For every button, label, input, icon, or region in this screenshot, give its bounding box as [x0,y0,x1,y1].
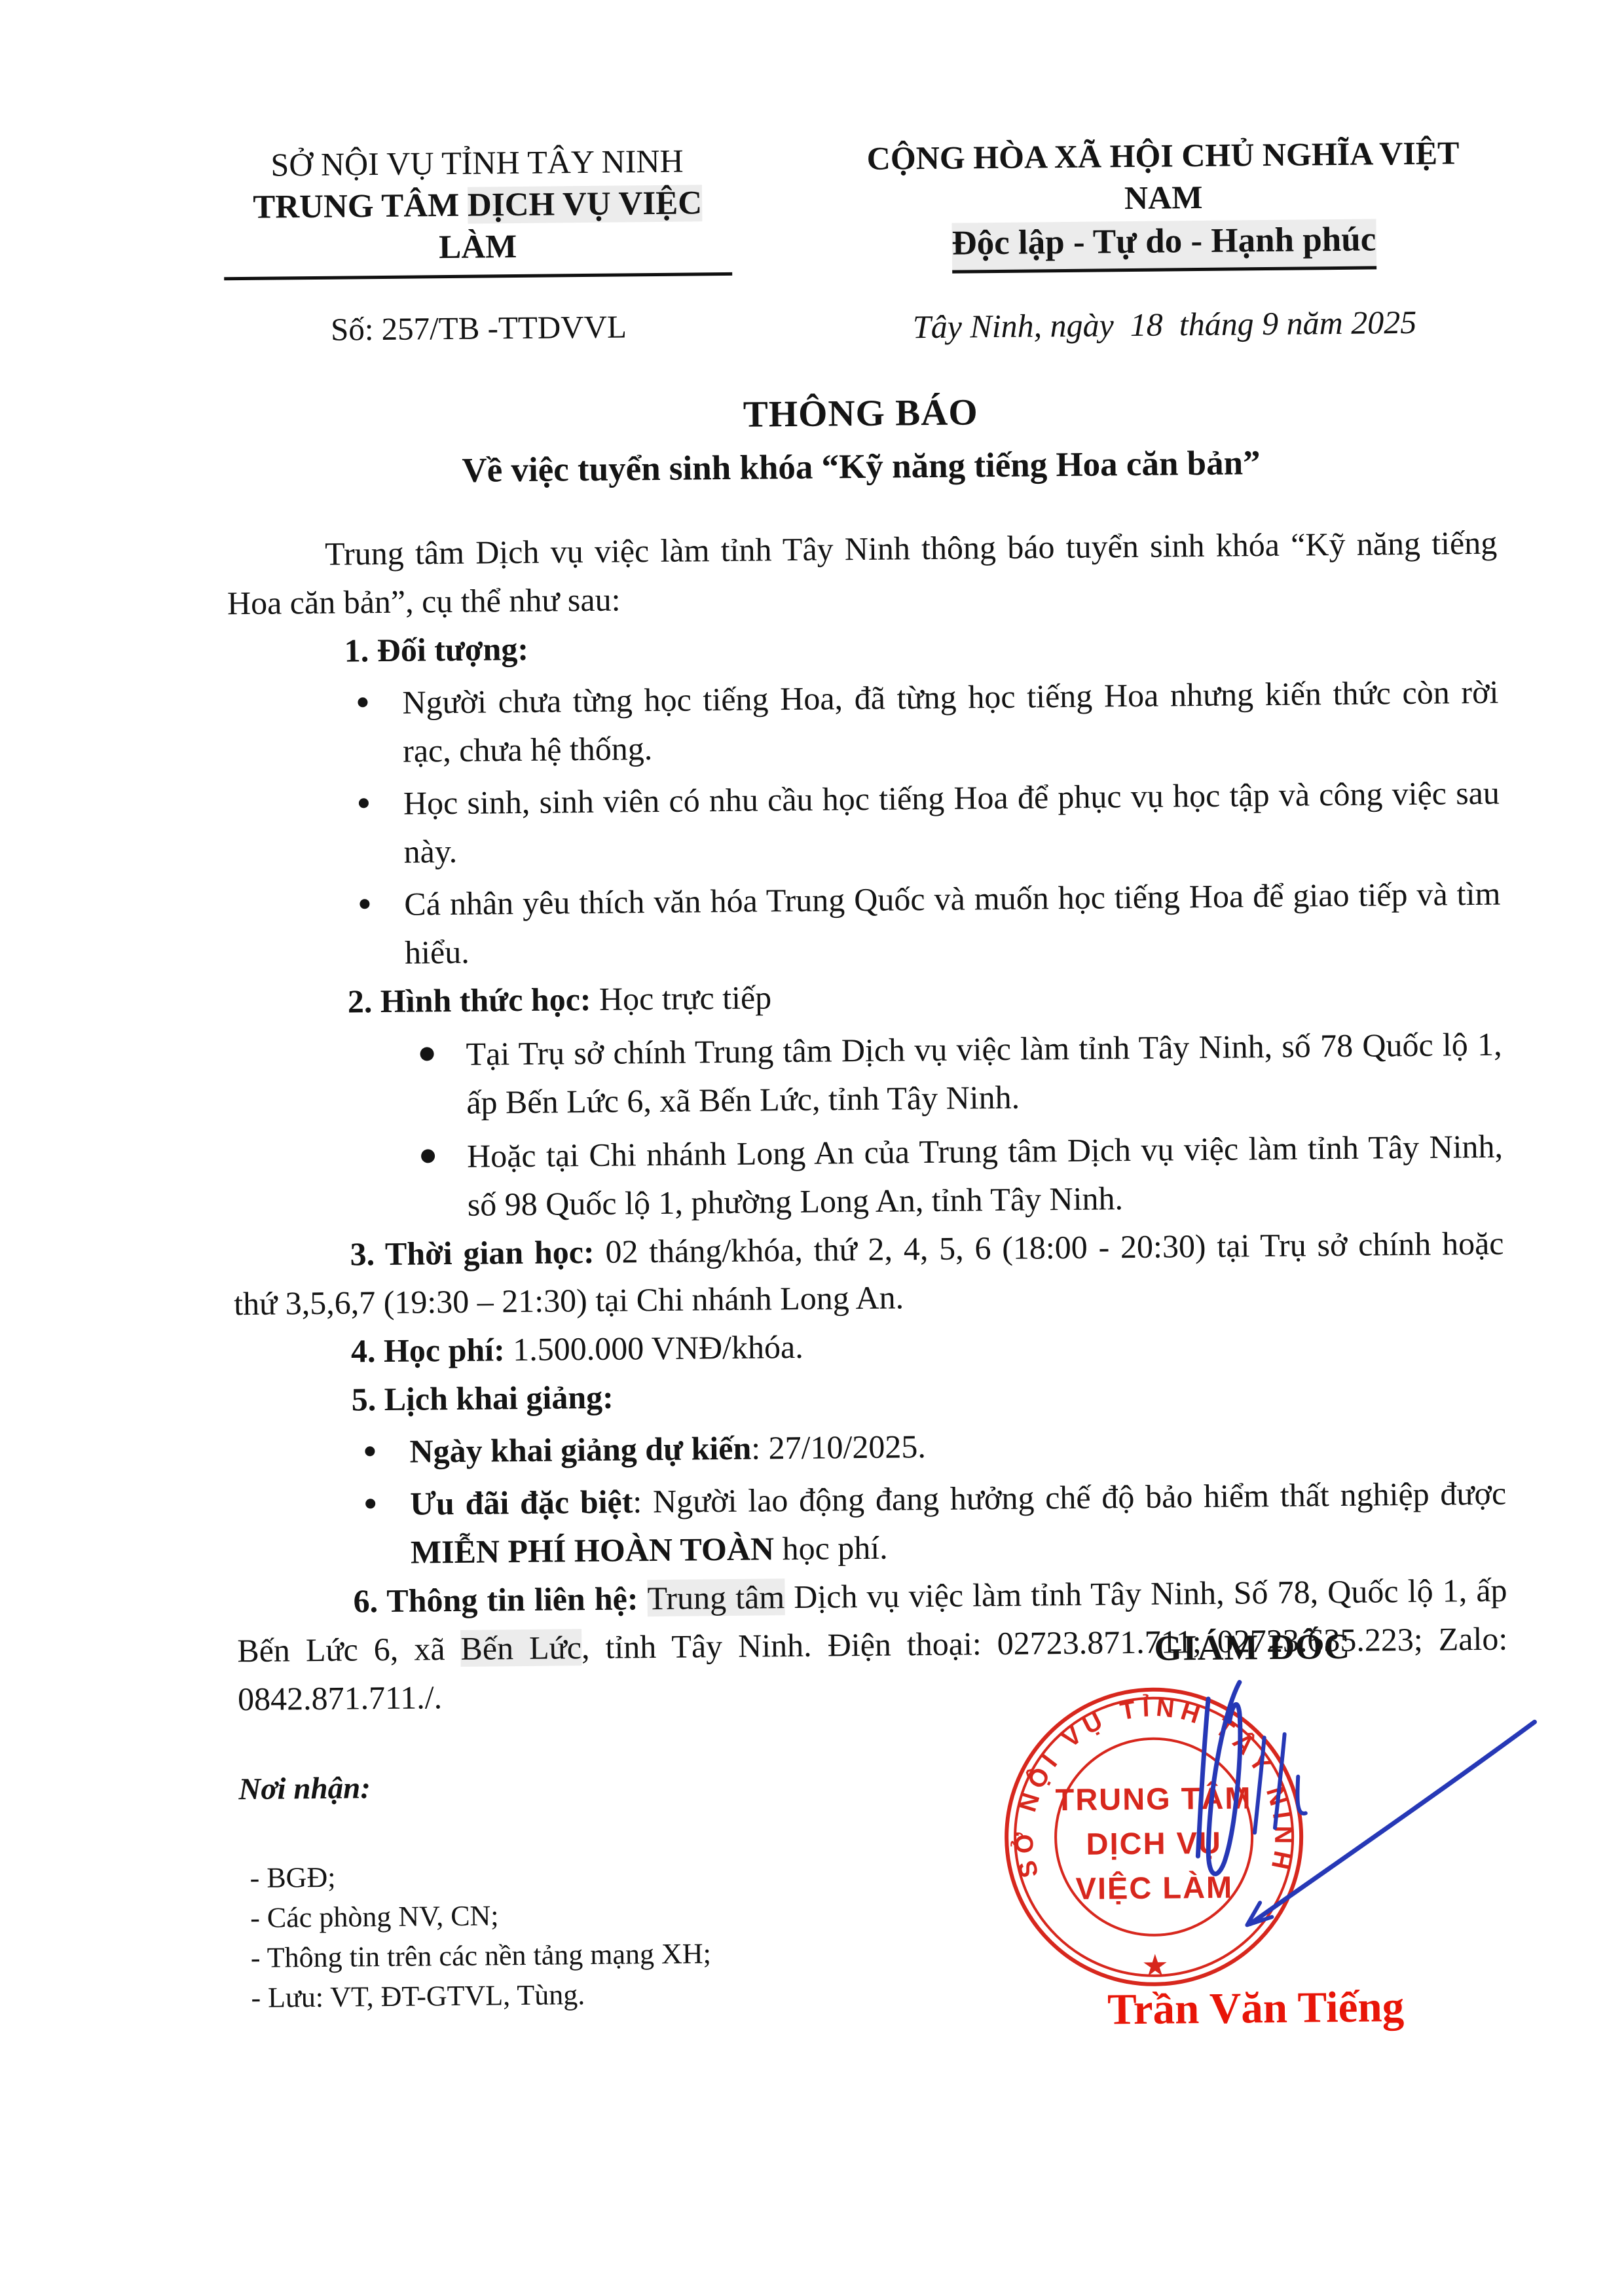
letterhead: SỞ NỘI VỤ TỈNH TÂY NINH TRUNG TÂM DỊCH V… [223,132,1495,353]
list-item: Cá nhân yêu thích văn hóa Trung Quốc và … [230,869,1501,979]
list-item: Học sinh, sinh viên có nhu cầu học tiếng… [229,769,1500,878]
scan-artifact: Bến Lức [460,1629,581,1667]
stamp-star-icon: ★ [1141,1948,1169,1982]
signature-block: GIÁM ĐỐC SỞ NỘI VỤ TỈNH TÂY NINH ★ TRUNG… [977,1624,1528,1670]
scan-artifact: DỊCH VỤ VIỆC [468,185,703,223]
bullet-icon [365,1446,375,1456]
official-stamp-seal: SỞ NỘI VỤ TỈNH TÂY NINH ★ TRUNG TÂM DỊCH… [1005,1688,1302,1986]
list-item: Ngày khai giảng dự kiến: 27/10/2025. [235,1417,1506,1478]
bullet-icon [365,1499,375,1508]
list-item: Ưu đãi đặc biệt: Người lao động đang hưở… [236,1469,1507,1578]
section-3: 3. Thời gian học: 02 tháng/khóa, thứ 2, … [233,1219,1504,1328]
issuing-agency-block: SỞ NỘI VỤ TỈNH TÂY NINH TRUNG TÂM DỊCH V… [223,139,733,349]
national-motto-line2: Độc lập - Tự do - Hạnh phúc [834,218,1494,275]
section-1-bullets: Người chưa từng học tiếng Hoa, đã từng h… [228,668,1501,979]
section-2-bullets: Tại Trụ sở chính Trung tâm Dịch vụ việc … [231,1020,1504,1231]
bullet-icon [360,899,369,909]
bullet-icon [359,798,369,808]
signer-title: GIÁM ĐỐC [977,1624,1528,1670]
document-page: SỞ NỘI VỤ TỈNH TÂY NINH TRUNG TÂM DỊCH V… [0,0,1624,2296]
list-item: Tại Trụ sở chính Trung tâm Dịch vụ việc … [231,1020,1502,1129]
national-motto-line1: CỘNG HÒA XÃ HỘI CHỦ NGHĨA VIỆT NAM [832,132,1494,222]
signer-name: Trần Văn Tiếng [980,1980,1531,2036]
title-block: THÔNG BÁO Về việc tuyển sinh khóa “Kỹ nă… [225,385,1496,493]
parent-agency-name: SỞ NỘI VỤ TỈNH TÂY NINH [223,139,731,187]
scan-artifact: Trung tâm [647,1578,784,1616]
national-heading-block: CỘNG HÒA XÃ HỘI CHỦ NGHĨA VIỆT NAM Độc l… [832,132,1495,347]
bullet-icon [358,697,367,707]
document-subtitle: Về việc tuyển sinh khóa “Kỹ năng tiếng H… [226,441,1496,493]
list-item: Người chưa từng học tiếng Hoa, đã từng h… [228,668,1499,777]
intro-paragraph: Trung tâm Dịch vụ việc làm tỉnh Tây Ninh… [227,519,1498,628]
document-title: THÔNG BÁO [225,385,1496,443]
stamp-center-line3: VIỆC LÀM [1075,1870,1233,1906]
place-date-line: Tây Ninh, ngày 18 tháng 9 năm 2025 [834,302,1495,347]
section-5-bullets: Ngày khai giảng dự kiến: 27/10/2025. Ưu … [235,1417,1507,1578]
bullet-icon [421,1149,435,1163]
list-item: Hoặc tại Chi nhánh Long An của Trung tâm… [232,1122,1504,1231]
stamp-center-line1: TRUNG TÂM [1055,1780,1251,1817]
stamp-center-line2: DỊCH VỤ [1086,1825,1222,1861]
document-number: Số: 257/TB -TTDVVL [225,307,733,349]
page-content: SỞ NỘI VỤ TỈNH TÂY NINH TRUNG TÂM DỊCH V… [223,118,1511,2018]
bullet-icon [420,1047,434,1061]
issuing-center-name: TRUNG TÂM DỊCH VỤ VIỆC LÀM [223,182,732,280]
